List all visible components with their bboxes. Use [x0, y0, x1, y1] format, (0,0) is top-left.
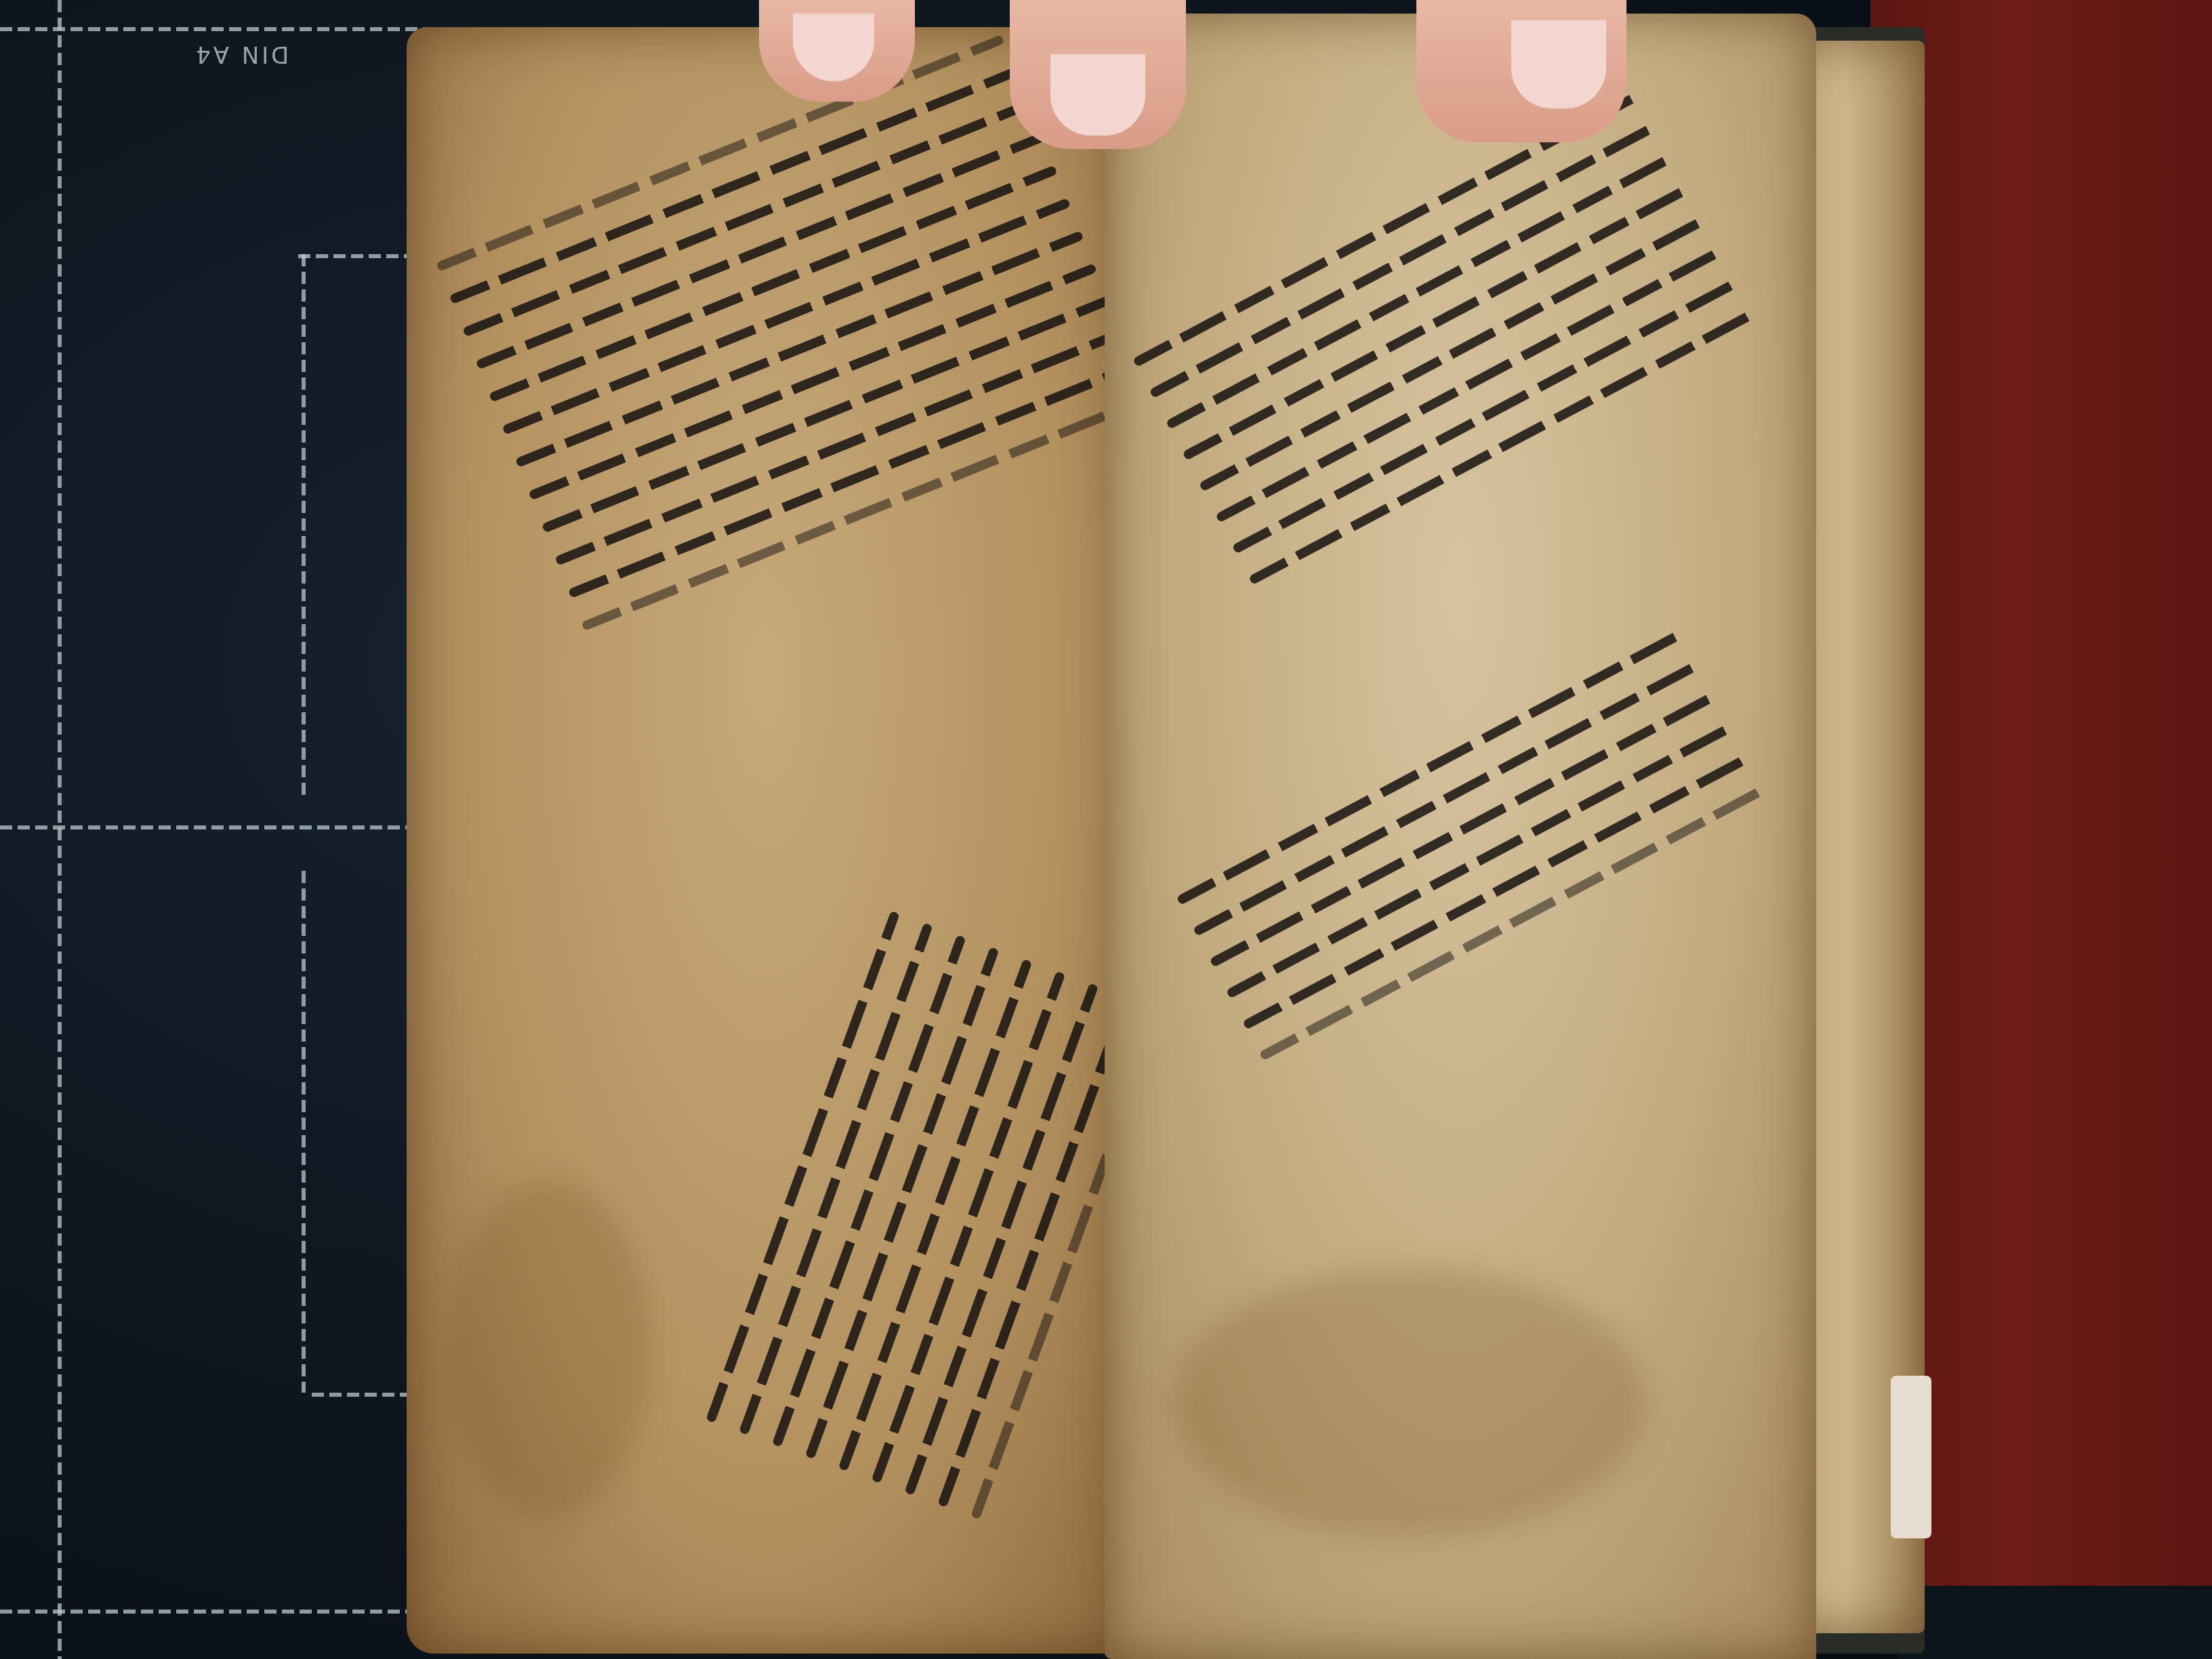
finger [1010, 0, 1186, 149]
finger [759, 0, 915, 102]
din-a4-label: DIN A4 [193, 41, 289, 68]
paper-tag [1891, 1376, 1931, 1538]
mat-grid-line [302, 254, 306, 796]
right-upper-text-block [1120, 66, 1774, 608]
finger [1416, 0, 1626, 142]
mat-grid-line [298, 254, 407, 258]
manuscript-right-page [1105, 14, 1816, 1659]
mat-grid-line [58, 0, 62, 1659]
manuscript-left-page [407, 27, 1125, 1654]
right-middle-text-block [1164, 604, 1784, 1084]
mat-grid-line [302, 871, 306, 1393]
